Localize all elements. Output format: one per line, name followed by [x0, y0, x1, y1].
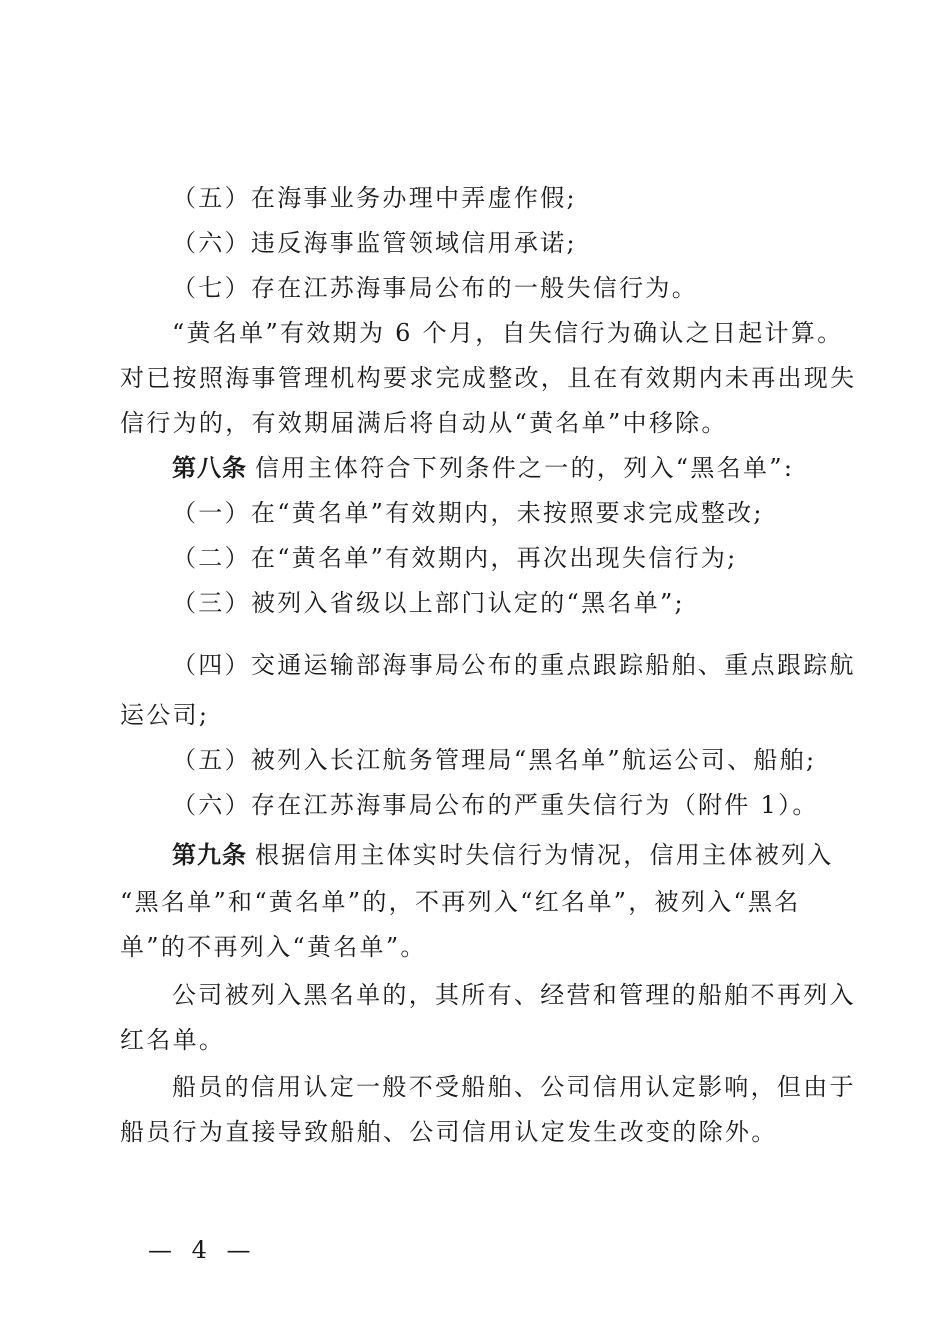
- paragraph-line: 船员行为直接导致船舶、公司信用认定发生改变的除外。: [120, 1117, 840, 1147]
- paragraph-line: “黑名单”和“黄名单”的，不再列入“红名单”，被列入“黑名: [120, 887, 840, 917]
- paragraph-line: （二）在“黄名单”有效期内，再次出现失信行为;: [172, 543, 892, 573]
- paragraph-text: 信用主体符合下列条件之一的，列入“黑名单”:: [255, 454, 794, 482]
- page-number: — 4 —: [148, 1236, 257, 1264]
- paragraph-line: 信行为的，有效期届满后将自动从“黄名单”中移除。: [120, 408, 840, 438]
- paragraph-line: （五）被列入长江航务管理局“黑名单”航运公司、船舶;: [172, 745, 892, 775]
- document-page: （五）在海事业务办理中弄虚作假; （六）违反海事监管领域信用承诺; （七）存在江…: [0, 0, 950, 1343]
- paragraph-line: （六）存在江苏海事局公布的严重失信行为（附件 1）。: [172, 790, 892, 820]
- paragraph-line: 船员的信用认定一般不受船舶、公司信用认定影响，但由于: [172, 1072, 892, 1102]
- article-label: 第八条: [172, 453, 247, 482]
- paragraph-line: （一）在“黄名单”有效期内，未按照要求完成整改;: [172, 498, 892, 528]
- paragraph-line: （五）在海事业务办理中弄虚作假;: [172, 183, 892, 213]
- paragraph-line: （三）被列入省级以上部门认定的“黑名单”;: [172, 588, 892, 618]
- paragraph-line: 红名单。: [120, 1025, 840, 1055]
- paragraph-line: （四）交通运输部海事局公布的重点跟踪船舶、重点跟踪航: [172, 650, 892, 680]
- paragraph-line: （六）违反海事监管领域信用承诺;: [172, 228, 892, 258]
- paragraph-line: 单”的不再列入“黄名单”。: [120, 932, 840, 962]
- article-8-heading-line: 第八条信用主体符合下列条件之一的，列入“黑名单”:: [172, 453, 892, 483]
- paragraph-line: （七）存在江苏海事局公布的一般失信行为。: [172, 273, 892, 303]
- paragraph-text: 根据信用主体实时失信行为情况，信用主体被列入: [255, 841, 834, 869]
- paragraph-line: “黄名单”有效期为 6 个月，自失信行为确认之日起计算。: [172, 318, 892, 348]
- article-label: 第九条: [172, 840, 247, 869]
- paragraph-line: 对已按照海事管理机构要求完成整改，且在有效期内未再出现失: [120, 363, 840, 393]
- article-9-heading-line: 第九条根据信用主体实时失信行为情况，信用主体被列入: [172, 840, 892, 870]
- paragraph-line: 公司被列入黑名单的，其所有、经营和管理的船舶不再列入: [172, 980, 892, 1010]
- paragraph-line: 运公司;: [120, 700, 840, 730]
